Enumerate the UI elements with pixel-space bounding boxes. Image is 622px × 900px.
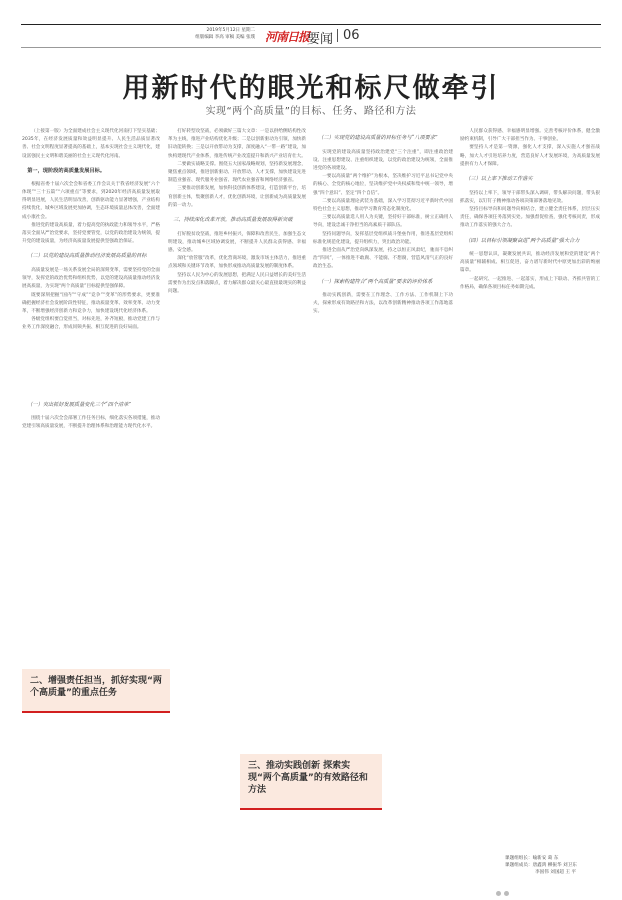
paragraph: 二要做实战略支撑。围绕五大国家战略规划，坚持新发展理念，聚焦重点领域，推进创新驱… xyxy=(168,161,306,186)
subsection-heading: （一）突出抓好发展质量变化三个“四个清单” xyxy=(22,401,160,410)
masthead-date: 2019年5月12日 星期二 xyxy=(171,27,255,34)
section-banner-2: 二、增强责任担当，抓好实现“两个高质量”的重点任务 xyxy=(22,669,170,713)
paragraph: 三要推动创新发展，加快科技创新体系建设，打造创新平台，培育创新主体，集聚创新人才… xyxy=(168,185,306,210)
paragraph: 坚持以人民为中心的发展思想，把满足人民日益增长的美好生活需要作为出发点和落脚点，… xyxy=(168,272,306,297)
author-credits: 课题组组长：喻新安 葛 东 课题组成员：唐鑫鸿 柳振华 刘卫东 李国伟 刘国超 … xyxy=(505,855,577,876)
paragraph: 深化“放管服”改革，优化营商环境，激发市场主体活力，推进重点领域和关键环节改革，… xyxy=(168,255,306,271)
paragraph: 一要以高质量“两个维护”为根本，坚决维护习近平总书记党中央的核心、全党的核心地位… xyxy=(313,173,453,198)
paragraph: 实现党的建设高质量坚持政治建党“三个注重”，即注重政治建设、注重思想建设、注重组… xyxy=(313,149,453,174)
credits-line: 课题组成员：唐鑫鸿 柳振华 刘卫东 xyxy=(505,862,577,869)
masthead-meta: 2019年5月12日 星期二 组版编辑 李高 审稿 美编 张璞 xyxy=(171,27,255,41)
paragraph: 人民群众获得感、幸福感明显增强。完善考核评价体系，健全激励约束机制，引导广大干部… xyxy=(460,128,600,144)
paragraph: 统一思想认识，凝聚发展共识，推动经济发展和党的建设“两个高质量”相辅相成、相互促… xyxy=(460,251,600,276)
paragraph: 二要以高质量理论武装为基础，深入学习贯彻习近平新时代中国特色社会主义思想，推动学… xyxy=(313,198,453,214)
paragraph: 一起研究、一起推进、一起落实，形成上下联动、齐抓共管的工作格局，确保各项目标任务… xyxy=(460,276,600,292)
newspaper-logo: 河南日报 xyxy=(265,28,309,45)
paragraph: 三要以高质量选人用人为关键，坚持好干部标准，树立正确用人导向，建设忠诚干净担当的… xyxy=(313,214,453,230)
article-column-2: 打好转型攻坚战，必须做好三篇大文章：一是以供给侧结构性改革为主线，推进产业结构优… xyxy=(168,128,306,863)
paragraph: 打好转型攻坚战，必须做好三篇大文章：一是以供给侧结构性改革为主线，推进产业结构优… xyxy=(168,128,306,161)
masthead-editors: 组版编辑 李高 审稿 美编 张璞 xyxy=(171,34,255,41)
section-heading: 第一，现阶段的高质量发展目标。 xyxy=(22,167,160,175)
paragraph: 围绕十届六次全会部署工作任务目标，细化落实各项措施，推动党建引领高质量发展，不断… xyxy=(22,415,160,431)
paragraph: 推进全面从严治党向纵深发展，持之以恒正风肃纪，驰而不息纠治“四风”，一体推进不敢… xyxy=(313,247,453,272)
article-column-4: 人民群众获得感、幸福感明显增强。完善考核评价体系，健全激励约束机制，引导广大干部… xyxy=(460,128,600,863)
credits-line: 李国伟 刘国超 王 平 xyxy=(505,869,577,876)
section-name: 要闻 xyxy=(307,28,333,47)
paragraph: 高质量发展是一场关系发展全局的深刻变革，需要坚持党的全面领导，发挥党的政治优势和… xyxy=(22,267,160,292)
paragraph: 推进党的建设高质量，着力提高党的执政能力和领导水平，严格落实全面从严治党要求，坚… xyxy=(22,222,160,247)
paragraph: 坚持以上率下，领导干部带头深入调研，带头解决问题，带头狠抓落实，以钉钉子精神推动… xyxy=(460,190,600,206)
section-banner-3: 三、推动实践创新 探索实现“两个高质量”的有效路径和方法 xyxy=(240,754,382,810)
subsection-heading: （三）以上率下推动工作落实 xyxy=(460,175,600,184)
article-subtitle: 实现“两个高质量”的目标、任务、路径和方法 xyxy=(0,102,622,117)
divider xyxy=(337,29,338,42)
paragraph: 推动实践创新，需要在工作理念、工作方法、工作机制上下功夫，探索形成有效路径和方法… xyxy=(313,292,453,317)
subsection-heading: 三、持续深化改革开放，推动高质量发展取得新突破 xyxy=(168,216,306,225)
paragraph: 既要深刻把握“国内”“守成”“竞争”“变革”的形势要求，更要准确把握经济社会发展… xyxy=(22,292,160,317)
subsection-heading: （二）实现党的建设高质量的目标任务与“八项要求” xyxy=(313,134,453,143)
paragraph: 要坚持人才是第一资源，强化人才支撑，深入实施人才强省战略，加大人才引进培养力度，… xyxy=(460,144,600,169)
article-column-1: （上接第一版）为全面建成社会主义现代化河南打下坚实基础；2035年，在经济发展质… xyxy=(22,128,160,863)
end-dot-icon xyxy=(496,891,501,896)
paragraph: 各级党组织要自觉担当，对标先进，补齐短板，推动党建工作与业务工作深度融合，形成同… xyxy=(22,316,160,332)
paragraph: 根据省委十届六次全会和省委工作会议关于我省经济发展“六个体现”“三十五篇”“六项… xyxy=(22,181,160,222)
paragraph: 坚持目标导向和问题导向相结合，建立健全责任体系，层层压实责任，确保各项任务落到实… xyxy=(460,206,600,231)
subsection-heading: （四）以目标引领凝聚奋进“两个高质量”强大合力 xyxy=(460,237,600,246)
masthead: 2019年5月12日 星期二 组版编辑 李高 审稿 美编 张璞 河南日报 要闻 … xyxy=(21,24,601,48)
paragraph: 打好脱贫攻坚战，推进乡村振兴，保障和改善民生，加强生态文明建设，推动城乡区域协调… xyxy=(168,231,306,256)
end-marker xyxy=(496,881,512,900)
article-title: 用新时代的眼光和标尺做牵引 xyxy=(0,66,622,105)
subsection-heading: （一）探索构建符合“两个高质量”要求的评价体系 xyxy=(313,278,453,287)
paragraph: 坚持问题导向，发挥基层党组织战斗堡垒作用，推进基层党组织标准化规范化建设，提升组… xyxy=(313,231,453,247)
end-dot-icon xyxy=(504,891,509,896)
article-column-3: （二）实现党的建设高质量的目标任务与“八项要求” 实现党的建设高质量坚持政治建党… xyxy=(313,128,453,863)
paragraph: （上接第一版）为全面建成社会主义现代化河南打下坚实基础；2035年，在经济发展质… xyxy=(22,128,160,161)
page-number: 06 xyxy=(343,28,360,43)
credits-line: 课题组组长：喻新安 葛 东 xyxy=(505,855,577,862)
subsection-heading: （二）以党的建设高质量推动经济发展高质量的目标 xyxy=(22,252,160,261)
